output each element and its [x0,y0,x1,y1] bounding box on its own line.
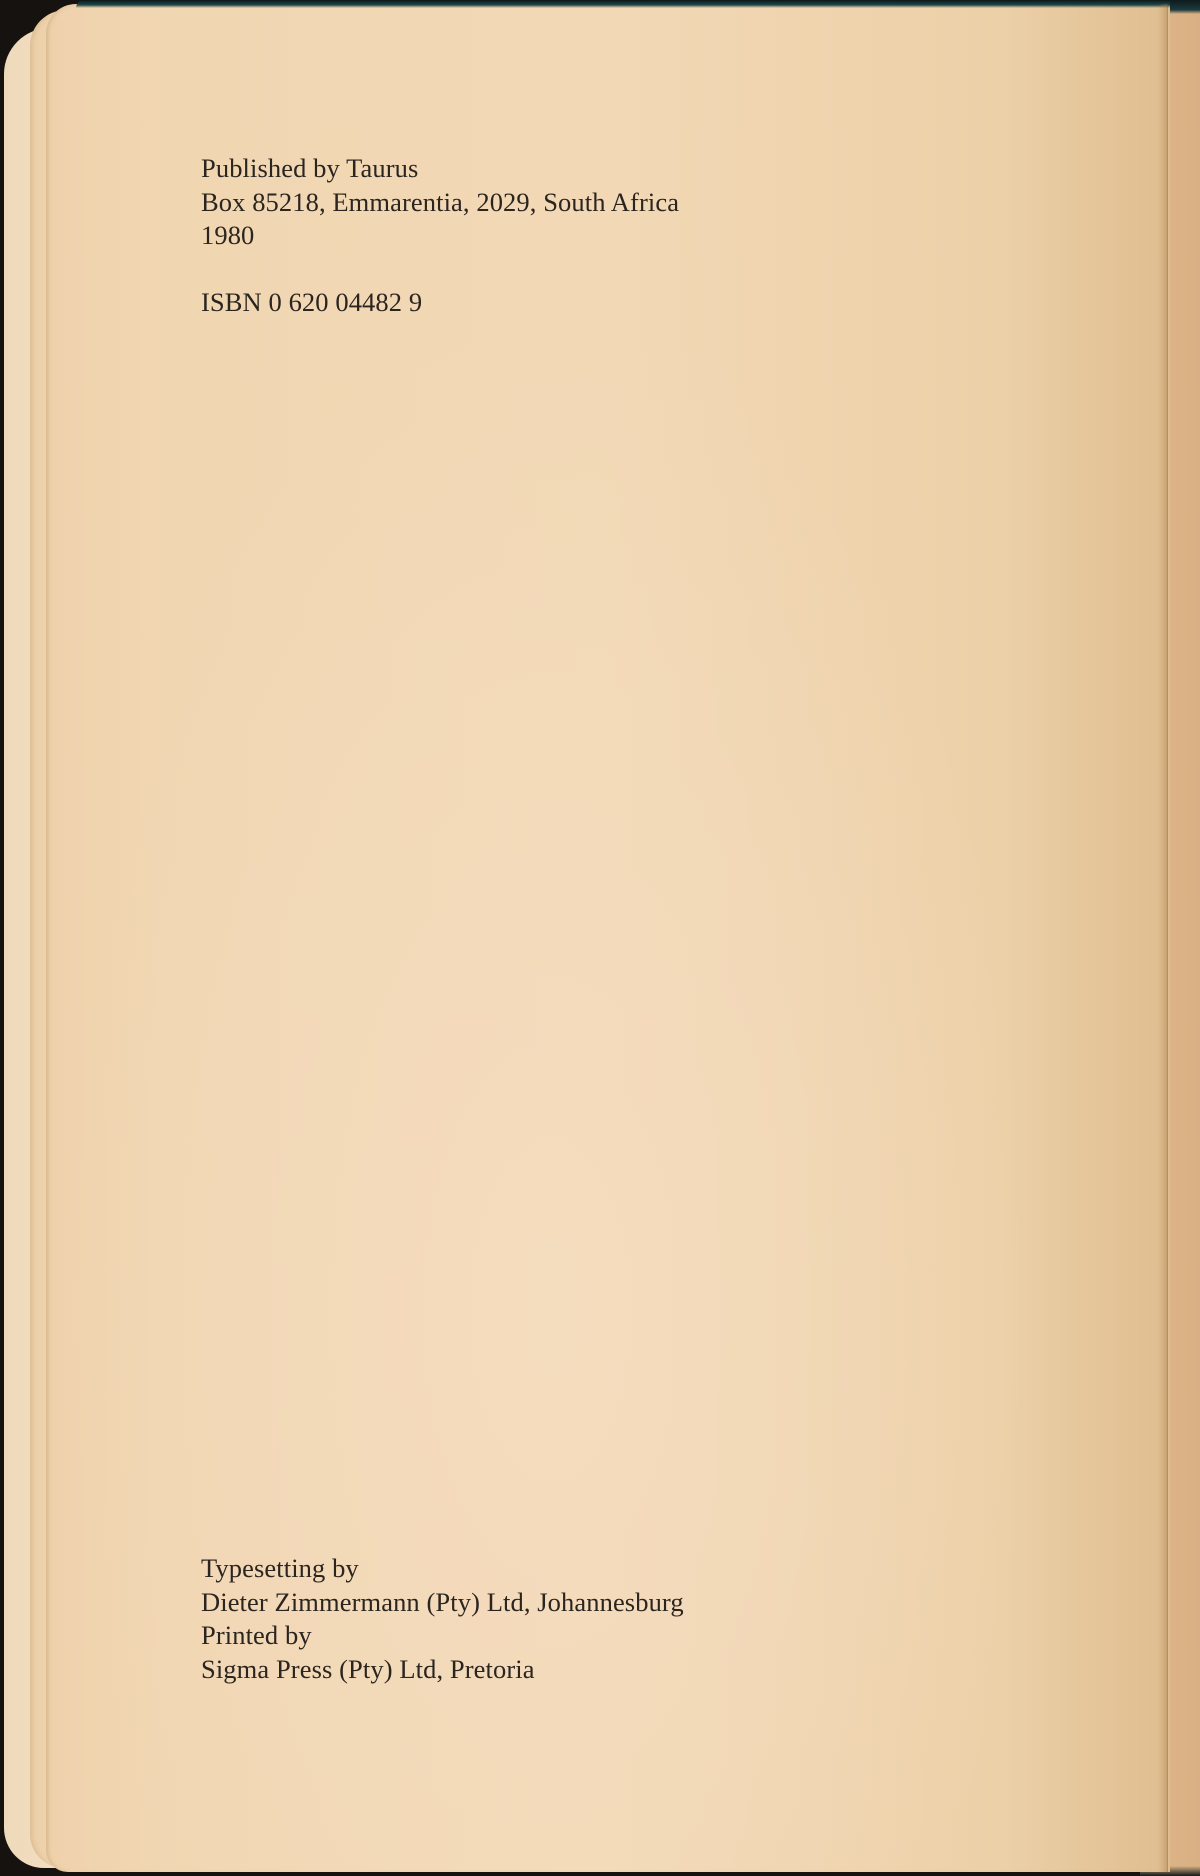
publisher-address: Box 85218, Emmarentia, 2029, South Afric… [201,186,679,220]
isbn-number: ISBN 0 620 04482 9 [201,286,422,320]
isbn-block: ISBN 0 620 04482 9 [201,286,422,320]
production-credits: Typesetting by Dieter Zimmermann (Pty) L… [201,1552,684,1686]
publication-year: 1980 [201,219,679,253]
copyright-page: Published by Taurus Box 85218, Emmarenti… [46,4,1170,1872]
printer-name: Sigma Press (Pty) Ltd, Pretoria [201,1653,684,1687]
printing-label: Printed by [201,1619,684,1653]
publisher-line: Published by Taurus [201,152,679,186]
typesetter-name: Dieter Zimmermann (Pty) Ltd, Johannesbur… [201,1586,684,1620]
publisher-imprint: Published by Taurus Box 85218, Emmarenti… [201,152,679,253]
typesetting-label: Typesetting by [201,1552,684,1586]
